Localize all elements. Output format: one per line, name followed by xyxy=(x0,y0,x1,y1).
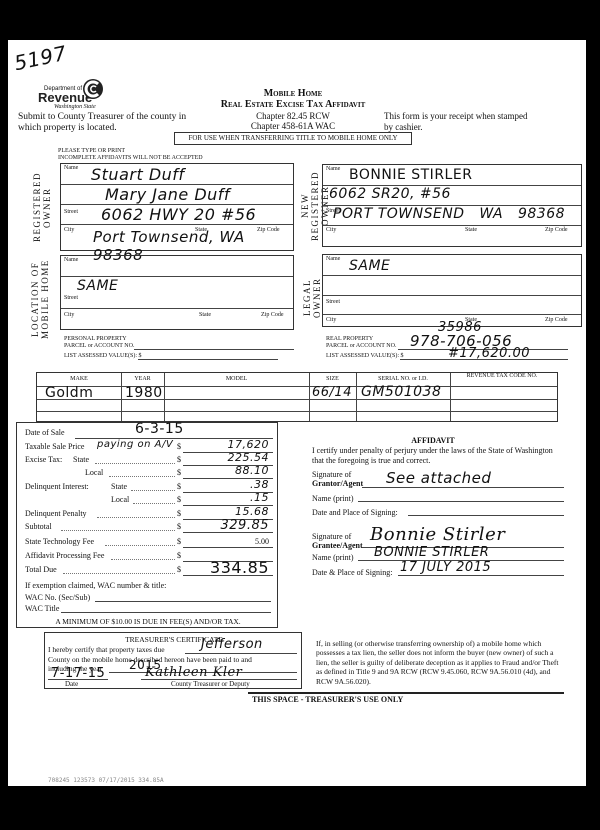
grantor-name-label: Name (print) xyxy=(312,494,354,503)
grantee-name-label: Name (print) xyxy=(312,553,354,562)
city-label: City xyxy=(64,227,74,234)
personal-parcel-field[interactable] xyxy=(134,342,294,350)
real-assessed-value: #17,620.00 xyxy=(448,346,530,361)
name-label: Name xyxy=(326,256,340,263)
grantee-sig-label: Signature of Grantee/Agent xyxy=(312,532,363,550)
subtotal-row: Subtotal $ 329.85 xyxy=(25,521,275,534)
chapter-wac: Chapter 458-61A WAC xyxy=(198,121,388,132)
treasurer-line1: I hereby certify that property taxes due xyxy=(48,645,165,654)
di-state-value[interactable]: .38 xyxy=(250,478,269,491)
real-property-label: REAL PROPERTY xyxy=(326,336,373,343)
city-label: City xyxy=(326,227,336,234)
personal-parcel-label: PARCEL or ACCOUNT NO. xyxy=(64,343,134,350)
penalty-value[interactable]: 15.68 xyxy=(235,505,269,518)
new-owner-city[interactable]: PORT TOWNSEND WA 98368 xyxy=(333,206,565,222)
col-size: SIZE xyxy=(309,376,356,383)
zip-label: Zip Code xyxy=(545,227,568,234)
minimum-note: A MINIMUM OF $10.00 IS DUE IN FEE(S) AND… xyxy=(17,617,279,626)
dollar-sign: $ xyxy=(177,442,181,451)
registered-owner-box: Name Street City State Zip Code Stuart D… xyxy=(60,163,294,251)
registered-owner-name1[interactable]: Stuart Duff xyxy=(91,165,185,184)
incomplete-warning: INCOMPLETE AFFIDAVITS WILL NOT BE ACCEPT… xyxy=(58,155,203,162)
tech-fee-value: 5.00 xyxy=(255,537,269,546)
form-title-2: Real Estate Excise Tax Affidavit xyxy=(158,99,428,110)
total-due-row: Total Due $ 334.85 xyxy=(25,564,275,577)
exemption-label: If exemption claimed, WAC number & title… xyxy=(25,581,166,590)
col-model: MODEL xyxy=(164,376,309,383)
name-label: Name xyxy=(326,166,340,173)
state-label: State xyxy=(199,312,211,319)
form-title-1: Mobile Home xyxy=(198,88,388,99)
legal-owner-label: LEGAL OWNER xyxy=(302,258,322,338)
delinquent-interest-label: Delinquent Interest: xyxy=(25,482,89,491)
grantee-name-value: BONNIE STIRLER xyxy=(374,545,489,560)
state-label: State xyxy=(465,227,477,234)
cell-year[interactable]: 1980 xyxy=(125,385,163,401)
city-label: City xyxy=(326,317,336,324)
legal-owner-name[interactable]: SAME xyxy=(349,258,390,274)
excise-state-label: State xyxy=(73,455,89,464)
grantor-sig-label: Signature of Grantor/Agent xyxy=(312,470,363,488)
penalty-label: Delinquent Penalty xyxy=(25,509,87,518)
dollar-sign: $ xyxy=(177,455,181,464)
treasurer-sig-label: County Treasurer or Deputy xyxy=(171,680,250,688)
grantor-sig-label-1: Signature of xyxy=(312,470,363,479)
grantor-date-label: Date and Place of Signing: xyxy=(312,508,398,517)
real-parcel-label: PARCEL or ACCOUNT NO. xyxy=(326,343,396,350)
grantor-date-field[interactable] xyxy=(408,506,564,516)
excise-tax-label: Excise Tax: xyxy=(25,455,62,464)
dollar-sign: $ xyxy=(177,537,181,546)
taxable-price-label: Taxable Sale Price xyxy=(25,442,84,451)
dollar-sign: $ xyxy=(177,522,181,531)
cell-size[interactable]: 66/14 xyxy=(312,385,352,400)
di-state-row: Delinquent Interest: State $ .38 xyxy=(25,481,275,494)
zip-label: Zip Code xyxy=(545,317,568,324)
affidavit-certify: I certify under penalty of perjury under… xyxy=(312,446,562,466)
dollar-sign: $ xyxy=(177,495,181,504)
registered-owner-label: REGISTERED OWNER xyxy=(32,165,56,250)
grantee-sig-label-2: Grantee/Agent xyxy=(312,541,363,550)
new-owner-address[interactable]: 6062 SR20, #56 xyxy=(329,186,451,202)
treasurer-date-label: Date xyxy=(65,680,78,688)
wac-title-label: WAC Title xyxy=(25,604,59,613)
receipt-note: This form is your receipt when stamped b… xyxy=(384,111,534,133)
excise-local-label: Local xyxy=(85,468,103,477)
di-local-label: Local xyxy=(111,495,129,504)
city-label: City xyxy=(64,312,74,319)
col-year: YEAR xyxy=(121,376,164,383)
legal-owner-box: Name Street City State Zip Code SAME xyxy=(322,254,582,327)
treasurer-use-only: THIS SPACE - TREASURER'S USE ONLY xyxy=(252,695,403,704)
grantor-sig-label-2: Grantor/Agent xyxy=(312,479,363,488)
annotation-number: 5197 xyxy=(12,41,69,75)
total-due-label: Total Due xyxy=(25,565,57,574)
cell-serial[interactable]: GM501038 xyxy=(361,384,441,400)
wac-no-field[interactable] xyxy=(95,593,271,602)
cell-make[interactable]: Goldm xyxy=(45,385,93,401)
excise-local-value[interactable]: 88.10 xyxy=(235,464,269,477)
location-value[interactable]: SAME xyxy=(77,278,118,294)
affidavit-fee-label: Affidavit Processing Fee xyxy=(25,551,104,560)
street-label: Street xyxy=(326,299,340,306)
grantee-sig-label-1: Signature of xyxy=(312,532,363,541)
grantee-date-label: Date & Place of Signing: xyxy=(312,568,392,577)
treasurer-use-divider xyxy=(248,692,564,694)
personal-assessed-label: LIST ASSESSED VALUE(S): $ xyxy=(64,353,142,360)
dollar-sign: $ xyxy=(177,468,181,477)
tech-fee-label: State Technology Fee xyxy=(25,537,94,546)
revenue-swirl-icon xyxy=(82,78,104,100)
wac-no-label: WAC No. (Sec/Sub) xyxy=(25,593,90,602)
treasurer-signature-value: Kathleen Kler xyxy=(145,665,242,680)
name-label: Name xyxy=(64,165,78,172)
grantor-signature-value: See attached xyxy=(386,469,491,487)
wac-title-field[interactable] xyxy=(61,604,271,613)
county-value: Jefferson xyxy=(201,637,263,652)
col-revenue-code: REVENUE TAX CODE NO. xyxy=(457,373,547,380)
subtotal-value[interactable]: 329.85 xyxy=(221,518,270,533)
new-owner-box: Name Street City State Zip Code BONNIE S… xyxy=(322,164,582,247)
taxable-price-note: paying on A/V xyxy=(97,439,173,450)
date-of-sale-label: Date of Sale xyxy=(25,428,65,437)
grantee-signature-value: Bonnie Stirler xyxy=(370,524,505,545)
receipt-stamp: 708245 123573 07/17/2015 334.85A xyxy=(48,777,164,784)
col-serial: SERIAL NO. or I.D. xyxy=(356,376,450,383)
dollar-sign: $ xyxy=(177,509,181,518)
treasurer-title: TREASURER'S CERTIFICATE xyxy=(45,635,303,644)
date-of-sale-value[interactable]: 6-3-15 xyxy=(135,421,184,437)
new-owner-name[interactable]: BONNIE STIRLER xyxy=(349,167,472,183)
dollar-sign: $ xyxy=(177,551,181,560)
grantee-date-value: 17 JULY 2015 xyxy=(400,560,491,575)
registered-owner-name2[interactable]: Mary Jane Duff xyxy=(105,185,230,204)
real-assessed-label: LIST ASSESSED VALUE(S): $ xyxy=(326,353,404,360)
di-local-value[interactable]: .15 xyxy=(250,491,269,504)
taxable-price-value[interactable]: 17,620 xyxy=(228,438,270,451)
zip-label: Zip Code xyxy=(261,312,284,319)
col-make: MAKE xyxy=(37,376,121,383)
location-box: Name Street City State Zip Code SAME xyxy=(60,255,294,330)
tech-fee-row: State Technology Fee $ 5.00 xyxy=(25,536,275,549)
dollar-sign: $ xyxy=(177,482,181,491)
street-label: Street xyxy=(64,295,78,302)
treasurer-certificate-box: TREASURER'S CERTIFICATE I hereby certify… xyxy=(44,632,302,689)
tax-lien-warning: If, in selling (or otherwise transferrin… xyxy=(316,639,566,686)
dollar-sign: $ xyxy=(177,565,181,574)
submit-note: Submit to County Treasurer of the county… xyxy=(18,112,208,134)
use-banner: FOR USE WHEN TRANSFERRING TITLE TO MOBIL… xyxy=(174,132,412,145)
name-label: Name xyxy=(64,257,78,264)
personal-assessed-field[interactable] xyxy=(138,352,278,360)
location-label: LOCATION OF MOBILE HOME xyxy=(30,255,56,343)
di-state-label: State xyxy=(111,482,127,491)
subtotal-label: Subtotal xyxy=(25,522,52,531)
type-or-print: PLEASE TYPE OR PRINT xyxy=(58,148,125,155)
affidavit-title: AFFIDAVIT xyxy=(308,436,558,445)
mobile-home-table: MAKE YEAR MODEL SIZE SERIAL NO. or I.D. … xyxy=(36,372,558,422)
excise-state-value[interactable]: 225.54 xyxy=(228,451,270,464)
total-due-value[interactable]: 334.85 xyxy=(210,558,269,577)
grantor-name-field[interactable] xyxy=(358,492,564,502)
affidavit-page: 5197 Department of Revenue Washington St… xyxy=(8,40,586,786)
personal-property-label: PERSONAL PROPERTY xyxy=(64,336,127,343)
excise-local-row: Local $ 88.10 xyxy=(25,467,275,480)
fees-box: Date of Sale 6-3-15 Taxable Sale Price p… xyxy=(16,422,278,628)
registered-owner-street[interactable]: 6062 HWY 20 #56 xyxy=(101,205,256,224)
street-label: Street xyxy=(64,209,78,216)
new-owner-label: NEW REGISTERED OWNER xyxy=(300,160,322,252)
